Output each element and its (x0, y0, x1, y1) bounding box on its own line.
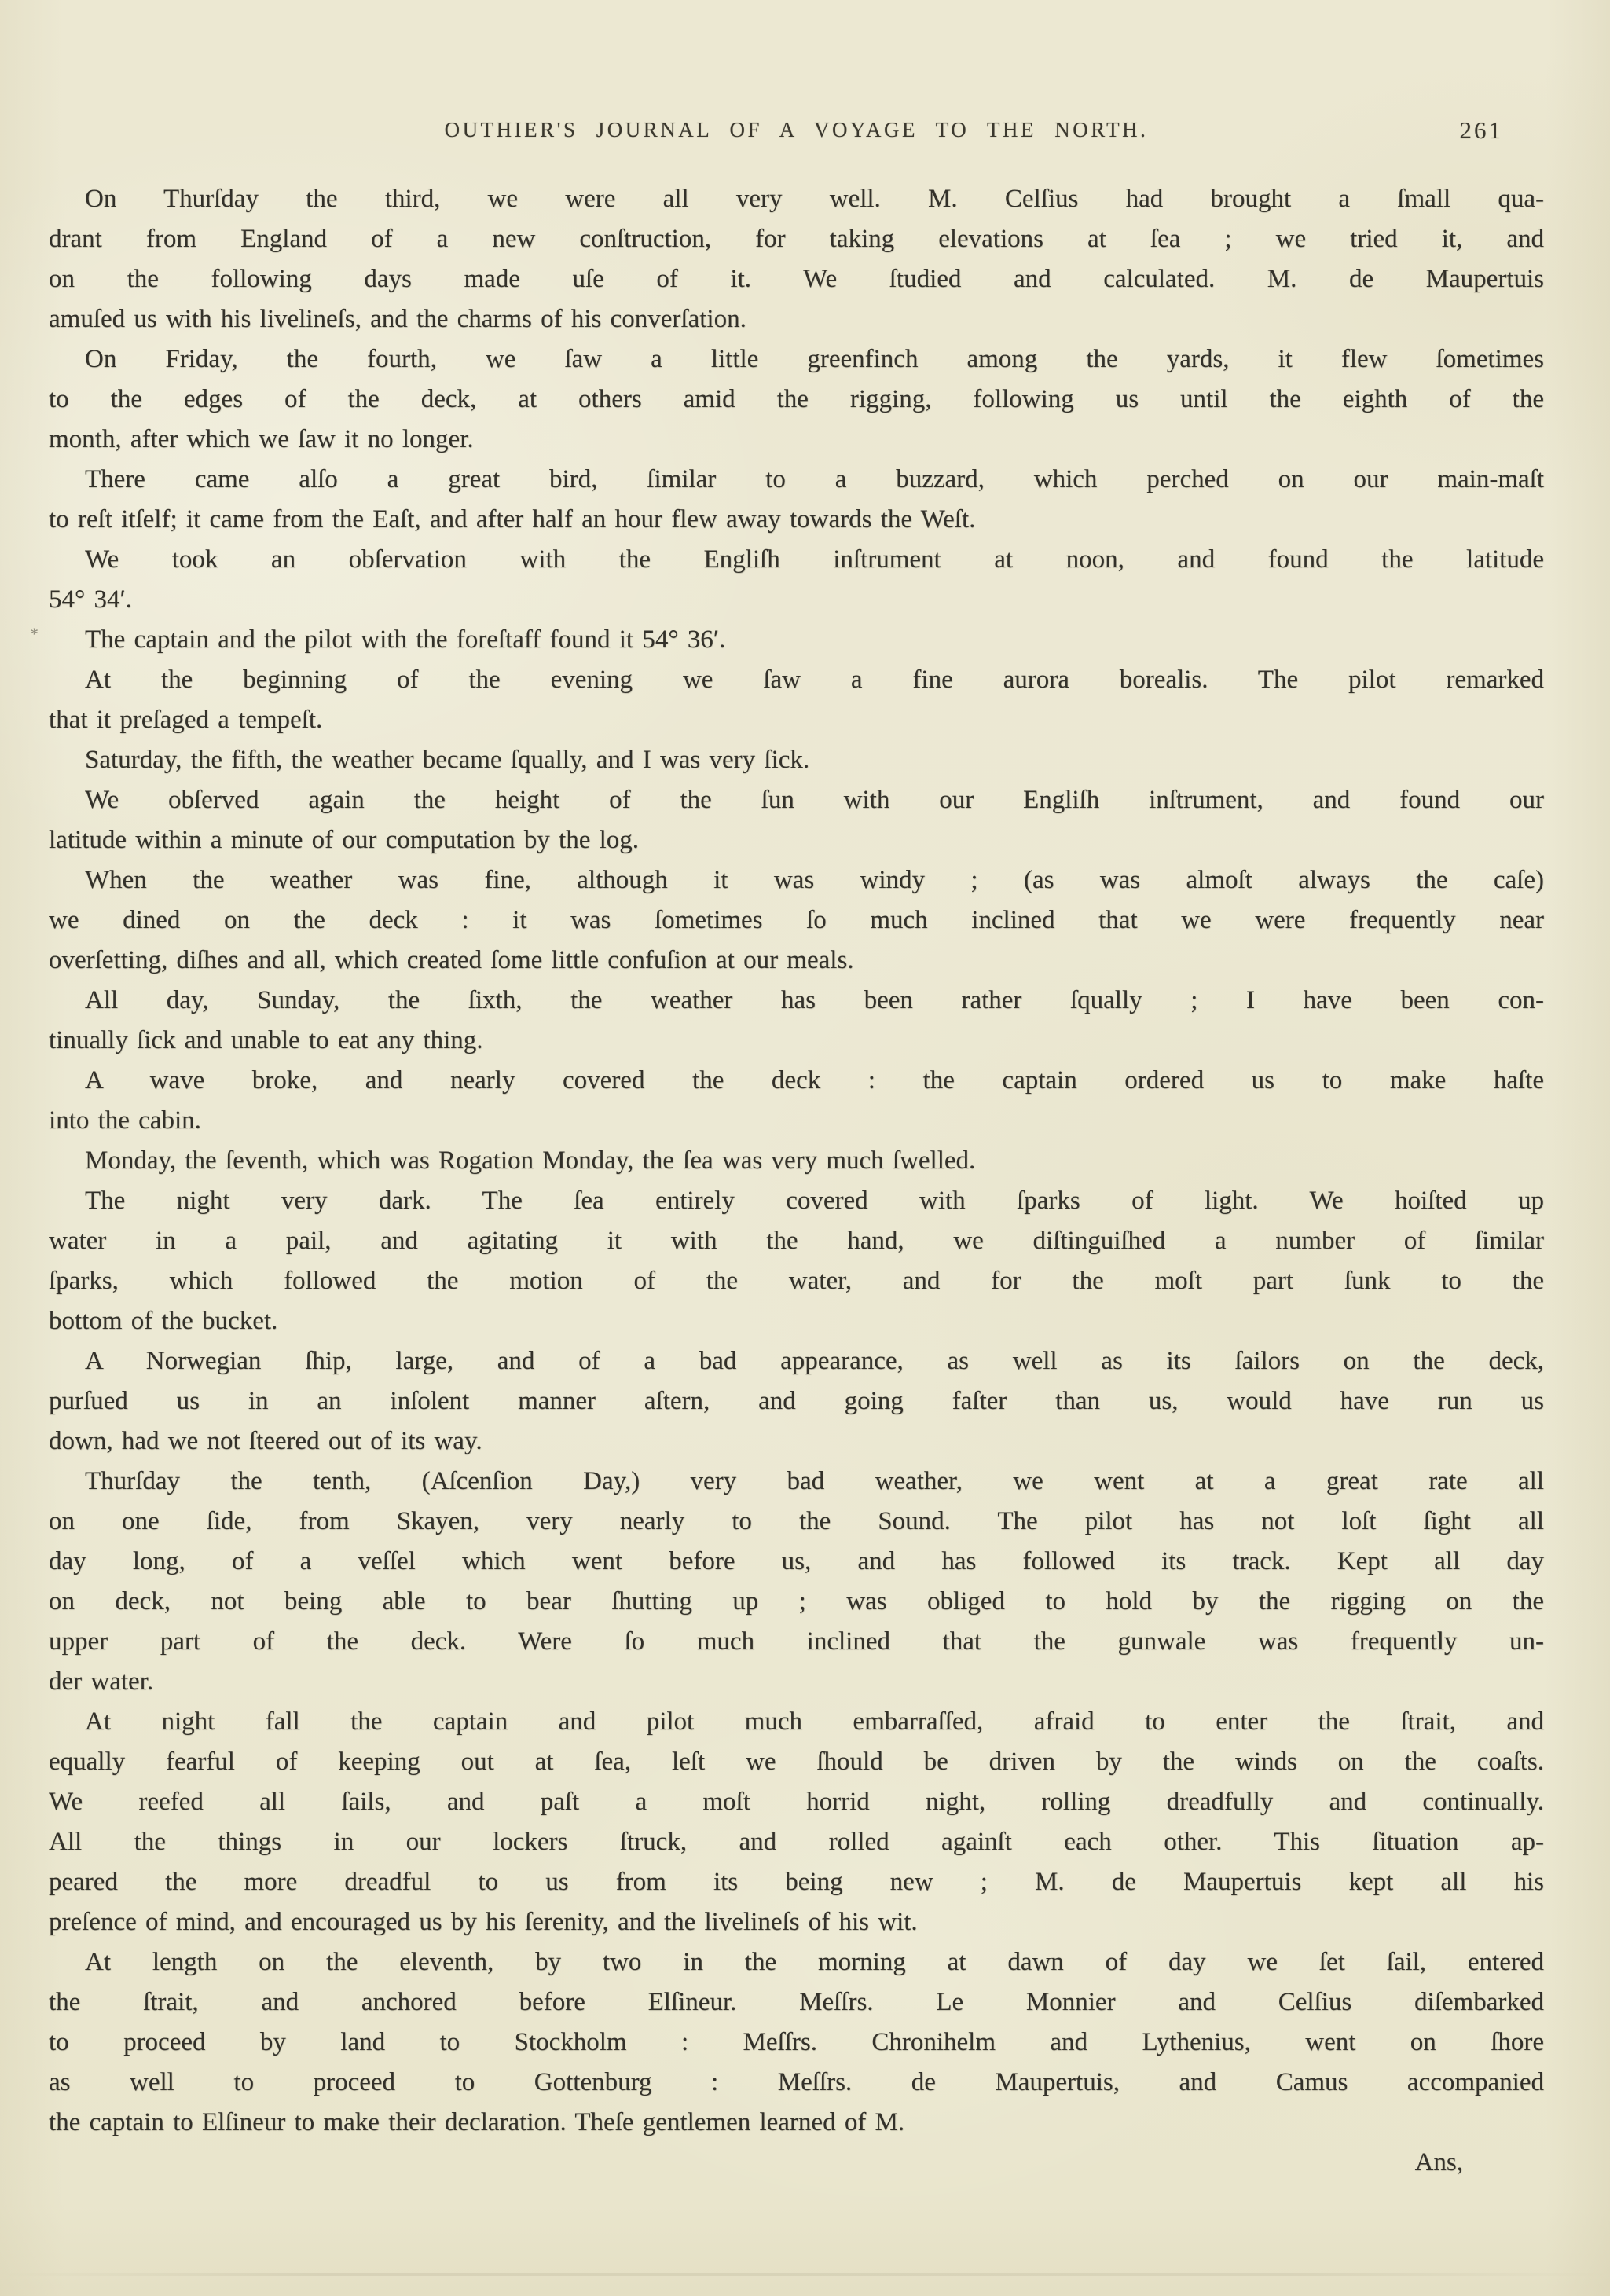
text-line: overſetting, diſhes and all, which creat… (49, 941, 1544, 981)
text-line: that it preſaged a tempeſt. (49, 700, 1544, 740)
text-line: A wave broke, and nearly covered the dec… (49, 1061, 1544, 1101)
text-line: purſued us in an inſolent manner aſtern,… (49, 1381, 1544, 1421)
text-line: drant from England of a new conſtruction… (49, 219, 1544, 259)
paragraph: When the weather was fine, although it w… (49, 860, 1544, 981)
text-line: We took an obſervation with the Engliſh … (49, 540, 1544, 580)
running-head: OUTHIER'S JOURNAL OF A VOYAGE TO THE NOR… (49, 118, 1544, 152)
text-line: latitude within a minute of our computat… (49, 820, 1544, 860)
book-page: OUTHIER'S JOURNAL OF A VOYAGE TO THE NOR… (0, 0, 1610, 2296)
text-line: There came alſo a great bird, ſimilar to… (49, 460, 1544, 500)
text-line: Monday, the ſeventh, which was Rogation … (49, 1141, 1544, 1181)
paragraph: Monday, the ſeventh, which was Rogation … (49, 1141, 1544, 1181)
text-line: on the following days made uſe of it. We… (49, 259, 1544, 299)
paragraph: The night very dark. The ſea entirely co… (49, 1181, 1544, 1341)
paragraph: On Thurſday the third, we were all very … (49, 179, 1544, 339)
text-line: At the beginning of the evening we ſaw a… (49, 660, 1544, 700)
text-line: Saturday, the fifth, the weather became … (49, 740, 1544, 780)
page-number: 261 (1460, 116, 1504, 145)
text-line: When the weather was fine, although it w… (49, 860, 1544, 900)
text-line: At length on the eleventh, by two in the… (49, 1942, 1544, 1982)
paragraph: There came alſo a great bird, ſimilar to… (49, 460, 1544, 540)
text-line: amuſed us with his livelineſs, and the c… (49, 299, 1544, 339)
text-line: to reſt itſelf; it came from the Eaſt, a… (49, 500, 1544, 540)
text-line: on one ſide, from Skayen, very nearly to… (49, 1502, 1544, 1542)
text-line: On Thurſday the third, we were all very … (49, 179, 1544, 219)
paragraph: All day, Sunday, the ſixth, the weather … (49, 981, 1544, 1061)
text-line: Thurſday the tenth, (Aſcenſion Day,) ver… (49, 1462, 1544, 1502)
paragraph: At night fall the captain and pilot much… (49, 1702, 1544, 1942)
text-line: to proceed by land to Stockholm : Meſſrs… (49, 2023, 1544, 2063)
paragraph: At the beginning of the evening we ſaw a… (49, 660, 1544, 740)
text-line: into the cabin. (49, 1101, 1544, 1141)
paragraph: The captain and the pilot with the foreſ… (49, 620, 1544, 660)
text-line: as well to proceed to Gottenburg : Meſſr… (49, 2063, 1544, 2103)
text-body: On Thurſday the third, we were all very … (49, 179, 1544, 2183)
text-line: All the things in our lockers ſtruck, an… (49, 1822, 1544, 1862)
text-line: the captain to Elſineur to make their de… (49, 2103, 1544, 2143)
text-line: water in a pail, and agitating it with t… (49, 1221, 1544, 1261)
text-line: preſence of mind, and encouraged us by h… (49, 1902, 1544, 1942)
text-line: day long, of a veſſel which went before … (49, 1542, 1544, 1582)
text-line: 54° 34′. (49, 580, 1544, 620)
paragraph: A Norwegian ſhip, large, and of a bad ap… (49, 1341, 1544, 1462)
print-artifact-mark: * (30, 624, 39, 644)
text-line: month, after which we ſaw it no longer. (49, 420, 1544, 460)
text-line: A Norwegian ſhip, large, and of a bad ap… (49, 1341, 1544, 1381)
paragraph: On Friday, the fourth, we ſaw a little g… (49, 339, 1544, 460)
text-line: At night fall the captain and pilot much… (49, 1702, 1544, 1742)
text-line: the ſtrait, and anchored before Elſineur… (49, 1982, 1544, 2023)
text-line: equally fearful of keeping out at ſea, l… (49, 1742, 1544, 1782)
text-line: we dined on the deck : it was ſometimes … (49, 900, 1544, 941)
text-line: down, had we not ſteered out of its way. (49, 1421, 1544, 1462)
text-line: on deck, not being able to bear ſhutting… (49, 1582, 1544, 1622)
running-title: OUTHIER'S JOURNAL OF A VOYAGE TO THE NOR… (49, 118, 1544, 142)
text-line: We reefed all ſails, and paſt a moſt hor… (49, 1782, 1544, 1822)
paragraph: We took an obſervation with the Engliſh … (49, 540, 1544, 620)
text-line: All day, Sunday, the ſixth, the weather … (49, 981, 1544, 1021)
text-line: der water. (49, 1662, 1544, 1702)
text-line: The captain and the pilot with the foreſ… (49, 620, 1544, 660)
text-line: peared the more dreadful to us from its … (49, 1862, 1544, 1902)
text-line: tinually ſick and unable to eat any thin… (49, 1021, 1544, 1061)
text-line: The night very dark. The ſea entirely co… (49, 1181, 1544, 1221)
text-line: ſparks, which followed the motion of the… (49, 1261, 1544, 1301)
paragraph: We obſerved again the height of the ſun … (49, 780, 1544, 860)
text-line: to the edges of the deck, at others amid… (49, 380, 1544, 420)
paragraph: At length on the eleventh, by two in the… (49, 1942, 1544, 2143)
catchword: Ans, (49, 2143, 1544, 2183)
text-line: upper part of the deck. Were ſo much inc… (49, 1622, 1544, 1662)
paragraph: Thurſday the tenth, (Aſcenſion Day,) ver… (49, 1462, 1544, 1702)
paragraph: Saturday, the fifth, the weather became … (49, 740, 1544, 780)
text-line: On Friday, the fourth, we ſaw a little g… (49, 339, 1544, 380)
paragraph: A wave broke, and nearly covered the dec… (49, 1061, 1544, 1141)
text-line: We obſerved again the height of the ſun … (49, 780, 1544, 820)
text-line: bottom of the bucket. (49, 1301, 1544, 1341)
